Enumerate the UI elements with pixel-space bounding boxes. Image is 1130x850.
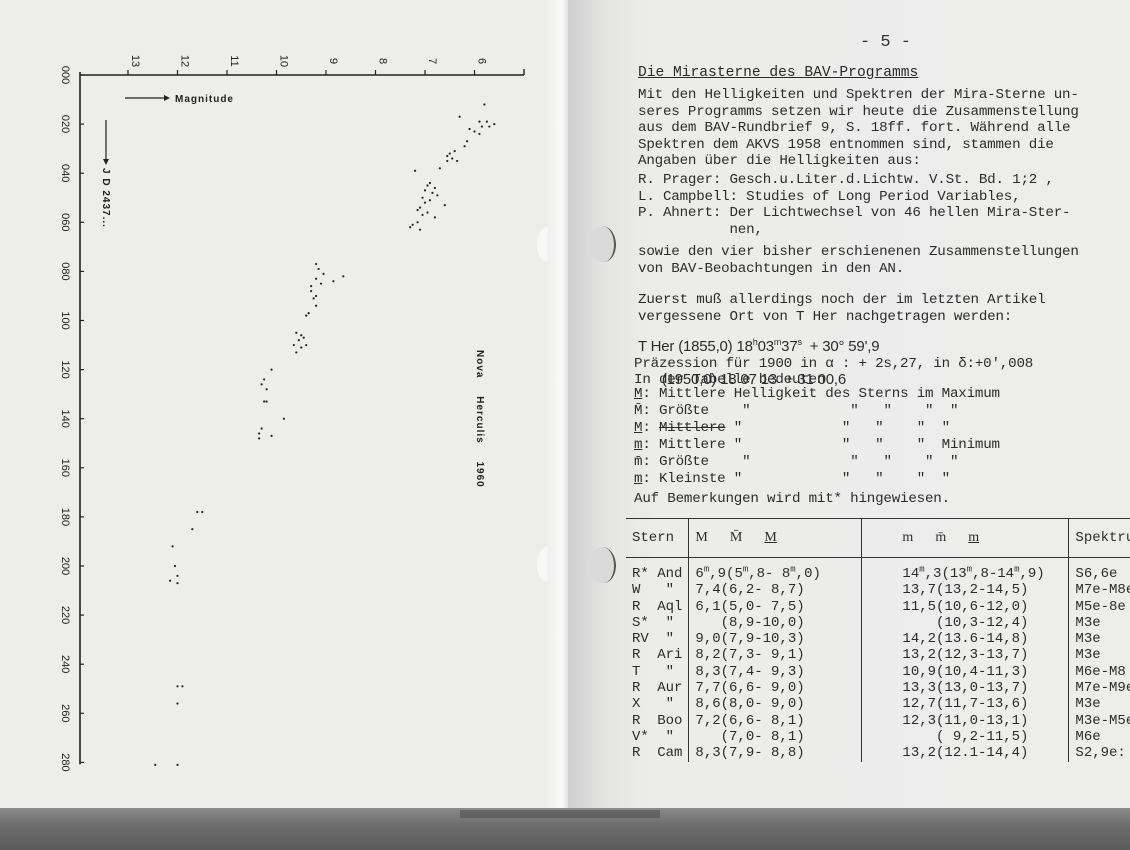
table-row: RV "9,0(7,9-10,3)14,2(13.6-14,8)M3e	[626, 631, 1130, 647]
cell-min: 12,3(11,0-13,1)	[862, 713, 1069, 729]
cell-stern: R Boo	[626, 713, 689, 729]
punch-hole-shadow	[590, 547, 616, 583]
cell-min: 14,2(13.6-14,8)	[862, 631, 1069, 647]
data-point	[270, 435, 272, 437]
data-point	[174, 565, 176, 567]
data-point	[176, 582, 178, 584]
data-point	[263, 400, 265, 402]
data-point	[421, 197, 423, 199]
data-point	[466, 140, 468, 142]
data-point	[412, 224, 414, 226]
data-point	[449, 152, 451, 154]
table-row: V* " (7,0- 8,1) ( 9,2-11,5)M6e	[626, 729, 1130, 745]
intro-paragraph: Mit den Helligkeiten und Spektren der Mi…	[638, 87, 1079, 170]
table-row: S* " (8,9-10,0) (10,3-12,4)M3e	[626, 615, 1130, 631]
data-point	[454, 150, 456, 152]
data-point	[303, 337, 305, 339]
data-point	[444, 204, 446, 206]
table-row: R Aql6,1(5,0- 7,5)11,5(10,6-12,0)M5e-8e	[626, 599, 1130, 615]
cell-spektrum: M3e	[1069, 615, 1130, 631]
table-row: R Boo7,2(6,6- 8,1)12,3(11,0-13,1)M3e-M5e	[626, 713, 1130, 729]
legend-item: M̄: Größte " " " " "	[634, 403, 1000, 420]
data-point	[261, 427, 263, 429]
y-tick-label: 200	[59, 557, 71, 575]
cell-min: ( 9,2-11,5)	[862, 729, 1069, 745]
legend-item: M: Mittlere Helligkeit des Sterns im Max…	[634, 386, 1000, 403]
data-point	[310, 285, 312, 287]
data-point	[426, 184, 428, 186]
mira-stars-table: Stern MM̄M mm̄m Spektrum R* And6m,9(5m,8…	[626, 518, 1130, 762]
cell-max: 8,3(7,9- 8,8)	[689, 745, 862, 761]
y-tick-label: 020	[59, 115, 71, 133]
data-point	[295, 351, 297, 353]
data-point	[426, 211, 428, 213]
data-point	[468, 128, 470, 130]
data-point	[483, 103, 485, 105]
cell-min: 11,5(10,6-12,0)	[862, 599, 1069, 615]
table-row: R Aur7,7(6,6- 9,0)13,3(13,0-13,7)M7e-M9e	[626, 680, 1130, 696]
data-point	[305, 314, 307, 316]
data-point	[176, 702, 178, 704]
data-point	[486, 121, 488, 123]
cell-stern: R Aql	[626, 599, 689, 615]
legend-item: m: Kleinste " " " " "	[634, 471, 1000, 488]
cell-stern: V* "	[626, 729, 689, 745]
x-tick-label: 12	[179, 55, 191, 67]
cell-stern: T "	[626, 664, 689, 680]
cell-min: 13,3(13,0-13,7)	[862, 680, 1069, 696]
data-point	[436, 194, 438, 196]
data-point	[300, 346, 302, 348]
sources-paragraph: sowie den vier bisher erschienenen Zusam…	[638, 244, 1079, 277]
cell-spektrum: M3e	[1069, 647, 1130, 663]
nova-herculis-light-curve-chart: 1312111098760000200400600801001201401601…	[0, 0, 568, 808]
data-point	[493, 123, 495, 125]
data-point	[263, 378, 265, 380]
cell-min: 13,7(13,2-14,5)	[862, 582, 1069, 598]
data-point	[313, 297, 315, 299]
y-tick-label: 060	[59, 213, 71, 231]
legend-symbol: m	[634, 437, 642, 453]
header-maximum: MM̄M	[689, 519, 862, 558]
correction-paragraph: Zuerst muß allerdings noch der im letzte…	[638, 292, 1045, 325]
data-point	[191, 528, 193, 530]
cell-min: 14m,3(13m,8-14m,9)	[862, 558, 1069, 583]
data-point	[317, 268, 319, 270]
cell-max: 6m,9(5m,8- 8m,0)	[689, 558, 862, 583]
legend-symbol: M̄	[634, 403, 642, 419]
y-tick-label: 160	[59, 459, 71, 477]
book-gutter	[548, 0, 570, 808]
references-list: R. Prager: Gesch.u.Liter.d.Lichtw. V.St.…	[638, 172, 1070, 238]
data-point	[295, 332, 297, 334]
coord-line-1855: T Her (1855,0) 18h03m37s + 30° 59',9	[638, 339, 879, 356]
data-point	[270, 369, 272, 371]
data-point	[300, 334, 302, 336]
header-minimum: mm̄m	[862, 519, 1069, 558]
data-point	[266, 388, 268, 390]
symbol-legend: M: Mittlere Helligkeit des Sterns im Max…	[634, 386, 1000, 488]
cell-min: 12,7(11,7-13,6)	[862, 696, 1069, 712]
data-point	[315, 295, 317, 297]
data-point	[478, 121, 480, 123]
legend-symbol: M	[634, 420, 642, 436]
data-point	[429, 199, 431, 201]
y-tick-label: 120	[59, 360, 71, 378]
data-point	[419, 229, 421, 231]
data-point	[305, 344, 307, 346]
legend-item: m: Mittlere " " " " Minimum	[634, 437, 1000, 454]
cell-min: 10,9(10,4-11,3)	[862, 664, 1069, 680]
x-tick-label: 6	[476, 58, 488, 64]
header-stern: Stern	[626, 519, 689, 558]
cell-spektrum: M5e-8e	[1069, 599, 1130, 615]
table-row: X "8,6(8,0- 9,0)12,7(11,7-13,6)M3e	[626, 696, 1130, 712]
data-point	[424, 202, 426, 204]
x-tick-label: 13	[129, 55, 141, 67]
cell-spektrum: S6,6e	[1069, 558, 1130, 583]
data-point	[488, 125, 490, 127]
cell-stern: R* And	[626, 558, 689, 583]
x-tick-label: 7	[426, 58, 438, 64]
article-title: Die Mirasterne des BAV-Programms	[638, 65, 918, 81]
data-point	[481, 125, 483, 127]
data-point	[473, 130, 475, 132]
data-point	[176, 764, 178, 766]
reference-line: nen,	[638, 222, 1070, 239]
data-point	[424, 189, 426, 191]
data-point	[181, 685, 183, 687]
cell-max: 8,2(7,3- 9,1)	[689, 647, 862, 663]
page-number: - 5 -	[860, 33, 911, 52]
legend-item: m̄: Größte " " " " "	[634, 454, 1000, 471]
cell-stern: W "	[626, 582, 689, 598]
cell-stern: R Aur	[626, 680, 689, 696]
x-tick-label: 11	[228, 55, 240, 66]
cell-max: 7,7(6,6- 9,0)	[689, 680, 862, 696]
cell-max: 6,1(5,0- 7,5)	[689, 599, 862, 615]
cell-max: 8,3(7,4- 9,3)	[689, 664, 862, 680]
chart-title: Nova Herculis 1960	[474, 350, 485, 488]
legend-symbol: M	[634, 386, 642, 402]
y-tick-label: 260	[59, 704, 71, 722]
table-header-row: Stern MM̄M mm̄m Spektrum	[626, 519, 1130, 558]
cell-spektrum: M3e-M5e	[1069, 713, 1130, 729]
text-line: aus dem BAV-Rundbrief 9, S. 18ff. fort. …	[638, 120, 1079, 137]
punch-hole-shadow	[590, 226, 616, 262]
cell-spektrum: M6e	[1069, 729, 1130, 745]
x-tick-label: 8	[377, 58, 389, 64]
text-line: seres Programms setzen wir heute die Zus…	[638, 104, 1079, 121]
cell-spektrum: S2,9e:	[1069, 745, 1130, 761]
cell-max: 9,0(7,9-10,3)	[689, 631, 862, 647]
data-point	[283, 418, 285, 420]
y-tick-label: 040	[59, 164, 71, 182]
x-tick-label: 10	[278, 55, 290, 67]
data-point	[261, 383, 263, 385]
left-page: 1312111098760000200400600801001201401601…	[0, 0, 568, 808]
precession-line: Präzession für 1900 in α : + 2s,27, in δ…	[634, 356, 1033, 373]
data-point	[322, 273, 324, 275]
data-point	[169, 580, 171, 582]
table-row: R Ari8,2(7,3- 9,1)13,2(12,3-13,7)M3e	[626, 647, 1130, 663]
cell-stern: R Cam	[626, 745, 689, 761]
y-tick-label: 280	[59, 753, 71, 771]
x-axis-label: Magnitude	[175, 94, 234, 105]
cell-min: 13,2(12,3-13,7)	[862, 647, 1069, 663]
data-point	[196, 511, 198, 513]
data-point	[176, 685, 178, 687]
data-point	[464, 145, 466, 147]
y-tick-label: 000	[59, 66, 71, 84]
data-point	[429, 182, 431, 184]
text-line: sowie den vier bisher erschienenen Zusam…	[638, 244, 1079, 261]
reference-line: R. Prager: Gesch.u.Liter.d.Lichtw. V.St.…	[638, 172, 1070, 189]
data-point	[416, 221, 418, 223]
reference-line: P. Ahnert: Der Lichtwechsel von 46 helle…	[638, 205, 1070, 222]
data-point	[451, 157, 453, 159]
text-line: Mit den Helligkeiten und Spektren der Mi…	[638, 87, 1079, 104]
data-point	[342, 275, 344, 277]
data-point	[439, 167, 441, 169]
data-point	[320, 283, 322, 285]
data-point	[258, 437, 260, 439]
y-tick-label: 080	[59, 262, 71, 280]
legend-symbol: m̄	[634, 454, 642, 470]
y-tick-label: 240	[59, 655, 71, 673]
data-point	[176, 575, 178, 577]
data-point	[258, 432, 260, 434]
data-point	[310, 290, 312, 292]
scanner-edge-band	[460, 810, 660, 818]
text-line: Angaben über die Helligkeiten aus:	[638, 153, 1079, 170]
text-line: von BAV-Beobachtungen in den AN.	[638, 261, 1079, 278]
y-tick-label: 100	[59, 311, 71, 329]
text-line: Spektren dem AKVS 1958 entnommen sind, s…	[638, 137, 1079, 154]
cell-spektrum: M7e-M8e(S)	[1069, 582, 1130, 598]
data-point	[434, 187, 436, 189]
legend-symbol: m	[634, 471, 642, 487]
data-point	[298, 339, 300, 341]
legend-item: M: Mittlere " " " " "	[634, 420, 1000, 437]
data-point	[315, 263, 317, 265]
data-point	[416, 209, 418, 211]
data-point	[315, 278, 317, 280]
cell-min: 13,2(12.1-14,4)	[862, 745, 1069, 761]
table-row: W "7,4(6,2- 8,7)13,7(13,2-14,5)M7e-M8e(S…	[626, 582, 1130, 598]
cell-stern: X "	[626, 696, 689, 712]
data-point	[409, 226, 411, 228]
table-row: T "8,3(7,4- 9,3)10,9(10,4-11,3)M6e-M8	[626, 664, 1130, 680]
data-point	[293, 344, 295, 346]
data-point	[315, 305, 317, 307]
cell-min: (10,3-12,4)	[862, 615, 1069, 631]
data-point	[332, 280, 334, 282]
cell-stern: S* "	[626, 615, 689, 631]
cell-spektrum: M3e	[1069, 631, 1130, 647]
data-point	[154, 764, 156, 766]
cell-max: (7,0- 8,1)	[689, 729, 862, 745]
data-point	[421, 214, 423, 216]
data-point	[414, 170, 416, 172]
cell-spektrum: M6e-M8	[1069, 664, 1130, 680]
cell-stern: RV "	[626, 631, 689, 647]
y-tick-label: 140	[59, 410, 71, 428]
cell-max: 7,4(6,2- 8,7)	[689, 582, 862, 598]
table-row: R* And6m,9(5m,8- 8m,0)14m,3(13m,8-14m,9)…	[626, 558, 1130, 583]
cell-max: 7,2(6,6- 8,1)	[689, 713, 862, 729]
data-point	[434, 216, 436, 218]
reference-line: L. Campbell: Studies of Long Period Vari…	[638, 189, 1070, 206]
data-point	[446, 155, 448, 157]
data-point	[266, 400, 268, 402]
data-point	[478, 133, 480, 135]
data-point	[308, 312, 310, 314]
y-tick-label: 220	[59, 606, 71, 624]
remarks-note: Auf Bemerkungen wird mit* hingewiesen.	[634, 491, 950, 508]
cell-max: (8,9-10,0)	[689, 615, 862, 631]
data-point	[446, 160, 448, 162]
y-axis-label: J D 2437...	[100, 168, 111, 228]
data-point	[431, 192, 433, 194]
cell-spektrum: M7e-M9e	[1069, 680, 1130, 696]
data-point	[419, 206, 421, 208]
data-point	[171, 545, 173, 547]
cell-max: 8,6(8,0- 9,0)	[689, 696, 862, 712]
data-point	[201, 511, 203, 513]
cell-spektrum: M3e	[1069, 696, 1130, 712]
y-tick-label: 180	[59, 508, 71, 526]
table-row: R Cam8,3(7,9- 8,8)13,2(12.1-14,4)S2,9e:	[626, 745, 1130, 761]
data-point	[456, 160, 458, 162]
cell-stern: R Ari	[626, 647, 689, 663]
data-point	[459, 116, 461, 118]
x-tick-label: 9	[327, 58, 339, 64]
header-spektrum: Spektrum	[1069, 519, 1130, 558]
text-line: Zuerst muß allerdings noch der im letzte…	[638, 292, 1045, 309]
